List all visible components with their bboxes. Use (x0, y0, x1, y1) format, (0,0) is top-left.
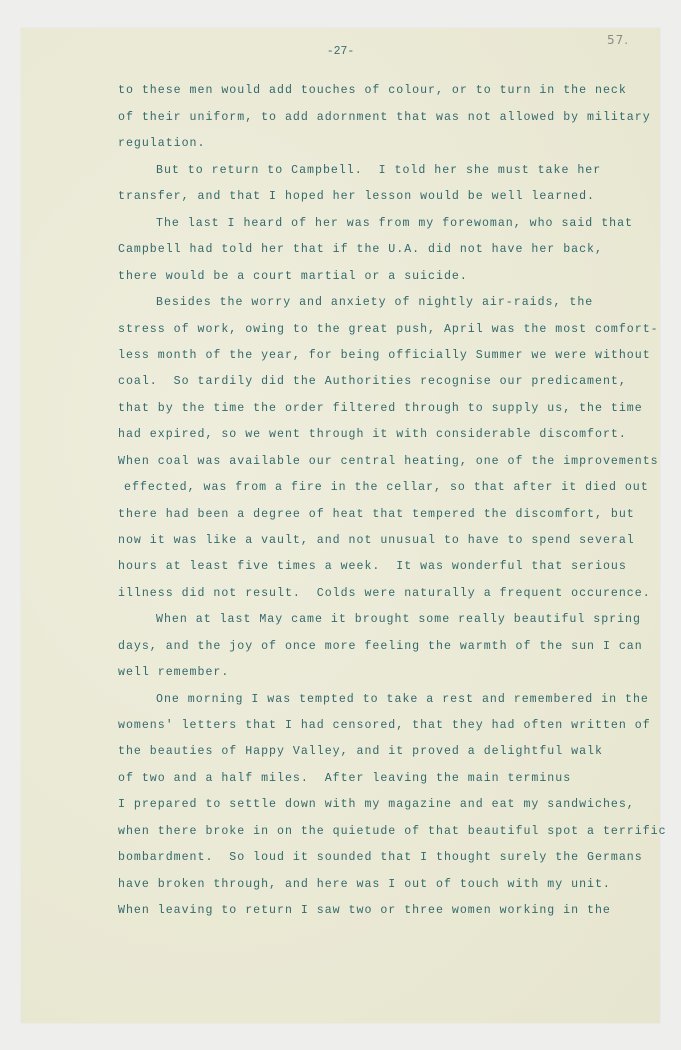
text-line: When at last May came it brought some re… (156, 613, 641, 626)
text-line: But to return to Campbell. I told her sh… (156, 164, 601, 177)
text-line: of two and a half miles. After leaving t… (118, 772, 571, 785)
page-number: -27- (0, 45, 681, 58)
text-line: The last I heard of her was from my fore… (156, 217, 633, 230)
text-line: I prepared to settle down with my magazi… (118, 798, 635, 811)
text-line: Besides the worry and anxiety of nightly… (156, 296, 593, 309)
text-line: bombardment. So loud it sounded that I t… (118, 851, 643, 864)
text-line: womens' letters that I had censored, tha… (118, 719, 651, 732)
text-line: to these men would add touches of colour… (118, 84, 627, 97)
text-line: When coal was available our central heat… (118, 455, 659, 468)
text-line: had expired, so we went through it with … (118, 428, 627, 441)
text-line: illness did not result. Colds were natur… (118, 587, 651, 600)
text-line: effected, was from a fire in the cellar,… (124, 481, 649, 494)
text-line: the beauties of Happy Valley, and it pro… (118, 745, 603, 758)
text-line: when there broke in on the quietude of t… (118, 825, 667, 838)
text-line: When leaving to return I saw two or thre… (118, 904, 611, 917)
text-line: that by the time the order filtered thro… (118, 402, 643, 415)
text-line: stress of work, owing to the great push,… (118, 323, 659, 336)
text-line: days, and the joy of once more feeling t… (118, 640, 643, 653)
text-line: there had been a degree of heat that tem… (118, 508, 635, 521)
text-line: hours at least five times a week. It was… (118, 560, 627, 573)
text-line: less month of the year, for being offici… (118, 349, 651, 362)
text-line: have broken through, and here was I out … (118, 878, 611, 891)
text-line: now it was like a vault, and not unusual… (118, 534, 635, 547)
typewritten-page (21, 28, 660, 1023)
text-line: Campbell had told her that if the U.A. d… (118, 243, 603, 256)
text-line: coal. So tardily did the Authorities rec… (118, 375, 627, 388)
text-line: transfer, and that I hoped her lesson wo… (118, 190, 595, 203)
text-line: of their uniform, to add adornment that … (118, 111, 651, 124)
text-line: One morning I was tempted to take a rest… (156, 693, 649, 706)
text-line: regulation. (118, 137, 205, 150)
text-line: there would be a court martial or a suic… (118, 270, 468, 283)
text-line: well remember. (118, 666, 229, 679)
